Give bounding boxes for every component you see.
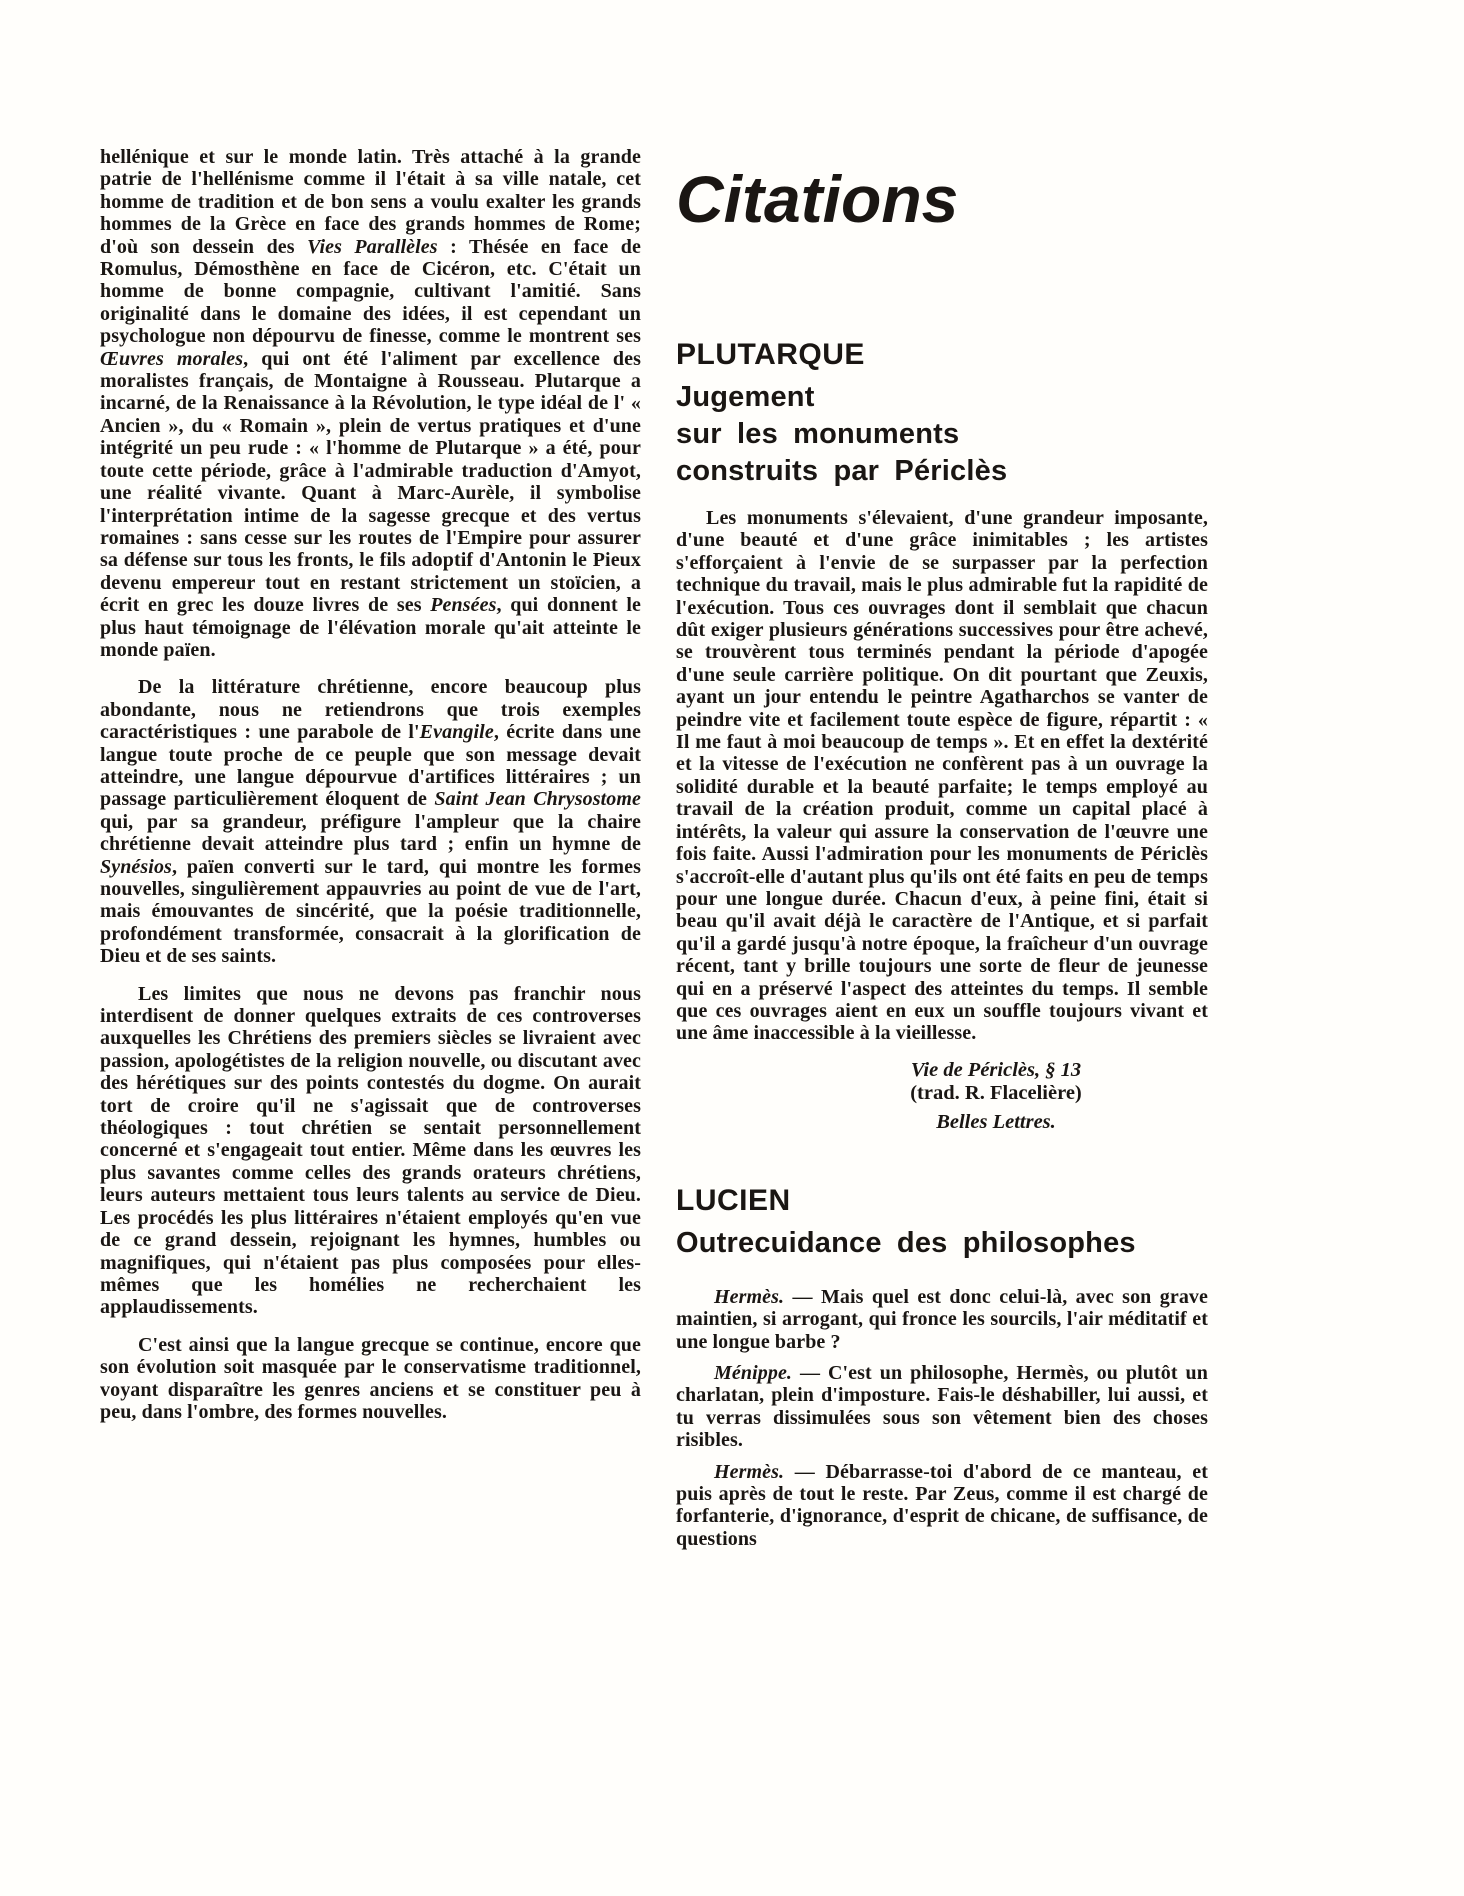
plutarque-title-line-1: Jugement: [676, 379, 1208, 416]
plutarque-author-heading: PLUTARQUE: [676, 338, 1208, 372]
page-title: Citations: [676, 164, 1208, 234]
dialogue-hermes-1: Hermès. — Mais quel est donc celui-là, a…: [676, 1286, 1208, 1353]
left-paragraph-3: Les limites que nous ne devons pas franc…: [100, 983, 641, 1319]
attribution-translator: (trad. R. Flacelière): [840, 1082, 1152, 1105]
scanned-book-page: hellénique et sur le monde latin. Très a…: [0, 0, 1464, 1896]
plutarque-section-title: Jugement sur les monuments construits pa…: [676, 379, 1208, 490]
plutarque-title-line-3: construits par Périclès: [676, 453, 1208, 490]
left-column: hellénique et sur le monde latin. Très a…: [100, 146, 641, 1438]
attribution-block: Vie de Périclès, § 13 (trad. R. Flaceliè…: [840, 1059, 1152, 1134]
left-paragraph-2: De la littérature chrétienne, encore bea…: [100, 676, 641, 967]
attribution-publisher: Belles Lettres.: [840, 1111, 1152, 1134]
dialogue-hermes-2: Hermès. — Débarrasse-toi d'abord de ce m…: [676, 1461, 1208, 1551]
lucien-title-line-1: Outrecuidance des philosophes: [676, 1225, 1208, 1262]
left-paragraph-4: C'est ainsi que la langue grecque se con…: [100, 1334, 641, 1424]
right-column: Citations PLUTARQUE Jugement sur les mon…: [676, 150, 1208, 1559]
left-paragraph-1: hellénique et sur le monde latin. Très a…: [100, 146, 641, 661]
attribution-source: Vie de Périclès, § 13: [840, 1059, 1152, 1082]
plutarque-title-line-2: sur les monuments: [676, 416, 1208, 453]
dialogue-menippe-1: Ménippe. — C'est un philosophe, Hermès, …: [676, 1362, 1208, 1452]
plutarque-quote-text: Les monuments s'élevaient, d'une grandeu…: [676, 507, 1208, 1045]
lucien-author-heading: LUCIEN: [676, 1184, 1208, 1218]
lucien-section-title: Outrecuidance des philosophes: [676, 1225, 1208, 1262]
